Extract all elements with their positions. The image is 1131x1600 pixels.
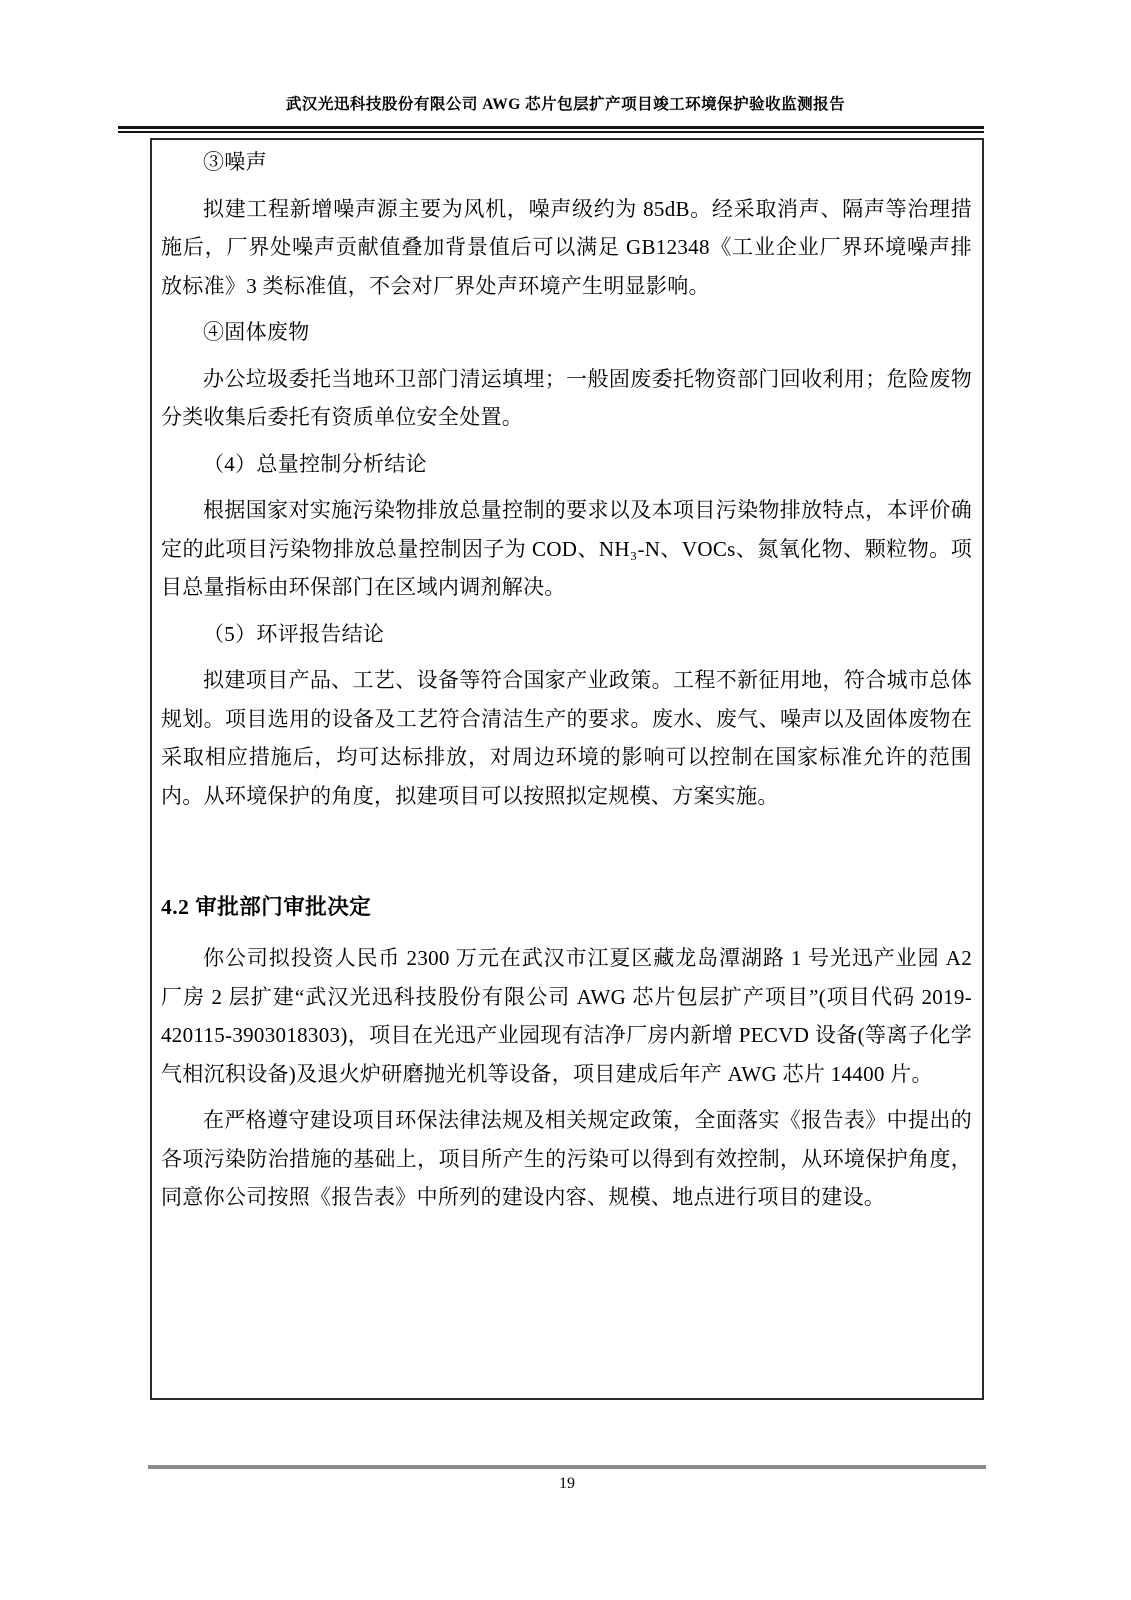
content-box: ③噪声 拟建工程新增噪声源主要为风机，噪声级约为 85dB。经采取消声、隔声等治… (150, 138, 984, 1400)
subheading-noise: ③噪声 (161, 143, 972, 182)
paragraph-eia-conclusion: 拟建项目产品、工艺、设备等符合国家产业政策。工程不新征用地，符合城市总体规划。项… (161, 661, 972, 815)
subheading-total-quantity-control: （4）总量控制分析结论 (161, 445, 972, 484)
paragraph-approval-decision-1: 你公司拟投资人民币 2300 万元在武汉市江夏区藏龙岛潭湖路 1 号光迅产业园 … (161, 939, 972, 1093)
paragraph-noise: 拟建工程新增噪声源主要为风机，噪声级约为 85dB。经采取消声、隔声等治理措施后… (161, 190, 972, 306)
header-double-rule (118, 126, 984, 133)
footer-rule (148, 1465, 986, 1469)
page-number: 19 (148, 1473, 986, 1495)
paragraph-total-quantity-control: 根据国家对实施污染物排放总量控制的要求以及本项目污染物排放特点，本评价确定的此项… (161, 491, 972, 607)
report-page: 武汉光迅科技股份有限公司 AWG 芯片包层扩产项目竣工环境保护验收监测报告 ③噪… (0, 0, 1131, 1600)
subheading-solid-waste: ④固体废物 (161, 313, 972, 352)
subheading-eia-conclusion: （5）环评报告结论 (161, 615, 972, 654)
paragraph-approval-decision-2: 在严格遵守建设项目环保法律法规及相关规定政策，全面落实《报告表》中提出的各项污染… (161, 1101, 972, 1217)
section-heading-4-2: 4.2 审批部门审批决定 (161, 887, 972, 927)
paragraph-solid-waste: 办公垃圾委托当地环卫部门清运填埋；一般固废委托物资部门回收利用；危险废物分类收集… (161, 360, 972, 437)
running-header-title: 武汉光迅科技股份有限公司 AWG 芯片包层扩产项目竣工环境保护验收监测报告 (0, 92, 1131, 114)
